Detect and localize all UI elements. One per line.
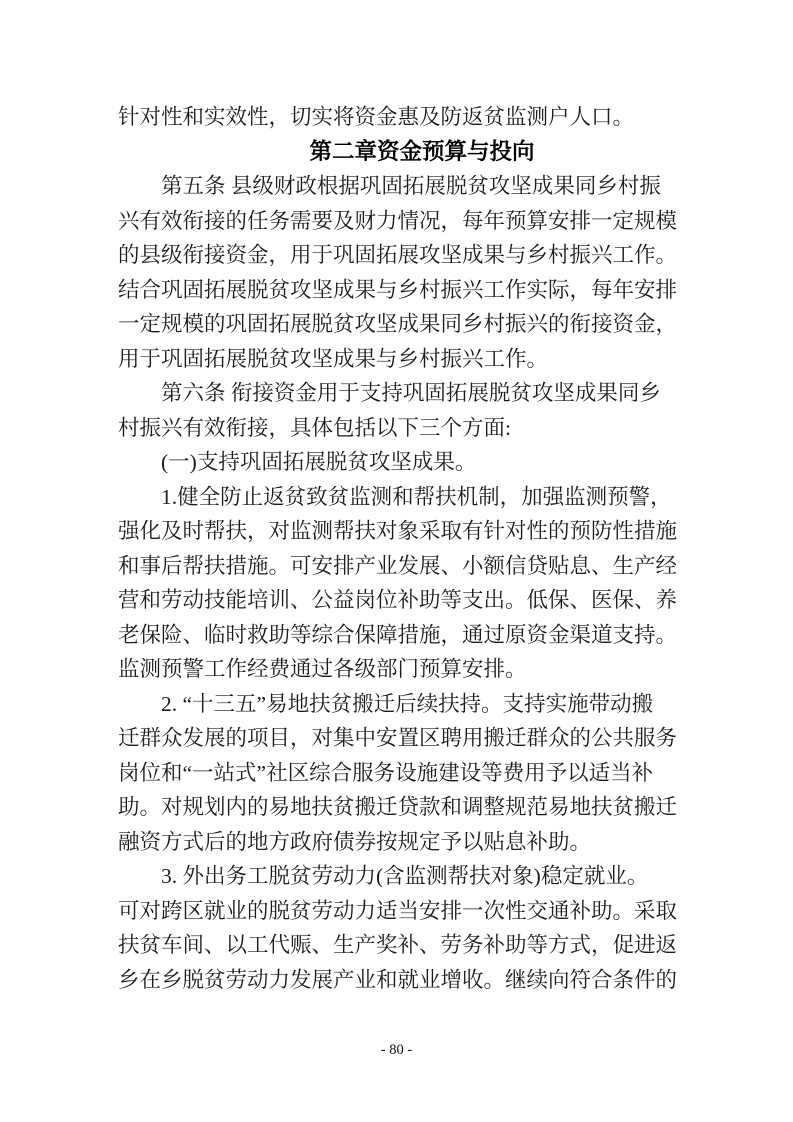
text-line: 老保险、临时救助等综合保障措施，通过原资金渠道支持。 <box>118 618 678 653</box>
page-number: - 80 - <box>0 1040 793 1060</box>
text-line: 结合巩固拓展脱贫攻坚成果与乡村振兴工作实际，每年安排 <box>118 273 678 308</box>
text-line: 第五条 县级财政根据巩固拓展脱贫攻坚成果同乡村振 <box>118 169 678 204</box>
text-line: 2. “十三五”易地扶贫搬迁后续扶持。支持实施带动搬 <box>118 687 678 722</box>
text-line: (一)支持巩固拓展脱贫攻坚成果。 <box>118 445 678 480</box>
text-line: 监测预警工作经费通过各级部门预算安排。 <box>118 652 678 687</box>
text-line: 用于巩固拓展脱贫攻坚成果与乡村振兴工作。 <box>118 342 678 377</box>
text-line: 助。对规划内的易地扶贫搬迁贷款和调整规范易地扶贫搬迁 <box>118 790 678 825</box>
text-line: 兴有效衔接的任务需要及财力情况，每年预算安排一定规模 <box>118 204 678 239</box>
text-line: 第六条 衔接资金用于支持巩固拓展脱贫攻坚成果同乡 <box>118 376 678 411</box>
text-line: 融资方式后的地方政府债券按规定予以贴息补助。 <box>118 825 678 860</box>
text-line: 1.健全防止返贫致贫监测和帮扶机制，加强监测预警， <box>118 480 678 515</box>
text-line: 迁群众发展的项目，对集中安置区聘用搬迁群众的公共服务 <box>118 721 678 756</box>
text-line: 可对跨区就业的脱贫劳动力适当安排一次性交通补助。采取 <box>118 894 678 929</box>
text-line: 和事后帮扶措施。可安排产业发展、小额信贷贴息、生产经 <box>118 549 678 584</box>
text-line: 营和劳动技能培训、公益岗位补助等支出。低保、医保、养 <box>118 583 678 618</box>
text-line: 扶贫车间、以工代赈、生产奖补、劳务补助等方式，促进返 <box>118 928 678 963</box>
document-page: 针对性和实效性，切实将资金惠及防返贫监测户人口。第二章资金预算与投向第五条 县级… <box>0 0 793 1122</box>
text-line: 岗位和“一站式”社区综合服务设施建设等费用予以适当补 <box>118 756 678 791</box>
text-line: 3. 外出务工脱贫劳动力(含监测帮扶对象)稳定就业。 <box>118 859 678 894</box>
text-line: 针对性和实效性，切实将资金惠及防返贫监测户人口。 <box>118 100 678 135</box>
text-line: 的县级衔接资金，用于巩固拓展攻坚成果与乡村振兴工作。 <box>118 238 678 273</box>
document-text-block: 针对性和实效性，切实将资金惠及防返贫监测户人口。第二章资金预算与投向第五条 县级… <box>118 100 678 997</box>
text-line: 一定规模的巩固拓展脱贫攻坚成果同乡村振兴的衔接资金， <box>118 307 678 342</box>
text-line: 村振兴有效衔接，具体包括以下三个方面: <box>118 411 678 446</box>
chapter-heading: 第二章资金预算与投向 <box>118 135 678 170</box>
text-line: 强化及时帮扶，对监测帮扶对象采取有针对性的预防性措施 <box>118 514 678 549</box>
text-line: 乡在乡脱贫劳动力发展产业和就业增收。继续向符合条件的 <box>118 963 678 998</box>
